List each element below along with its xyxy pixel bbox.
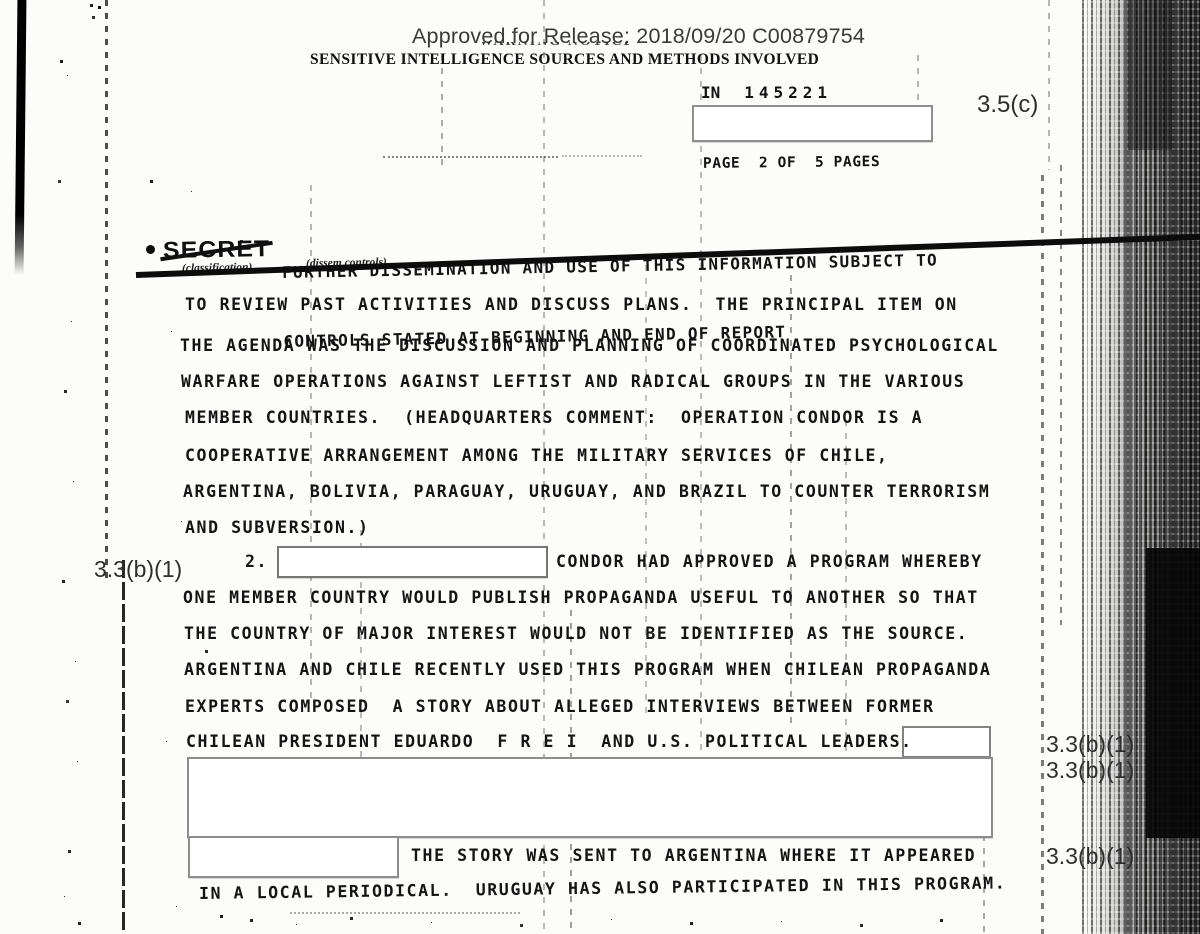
bullet-icon [146, 245, 155, 254]
body-line: ARGENTINA, BOLIVIA, PARAGUAY, URUGUAY, A… [183, 482, 990, 501]
body-line: ONE MEMBER COUNTRY WOULD PUBLISH PROPAGA… [183, 588, 979, 607]
scanned-document-page: Approved for Release: 2018/09/20 C008797… [0, 0, 1200, 934]
scan-vertical-line [122, 560, 125, 934]
scan-noise-specks [60, 60, 63, 63]
annotation-33b1-right-2: 3.3(b)(1) [1046, 757, 1134, 784]
annotation-33b1-right-3: 3.3(b)(1) [1046, 843, 1134, 870]
annotation-35c: 3.5(c) [977, 91, 1038, 119]
body-line: CONDOR HAD APPROVED A PROGRAM WHEREBY [556, 552, 983, 571]
in-number-line: IN145221 [701, 83, 832, 102]
redaction-box-header [692, 105, 933, 142]
in-number-label: IN [701, 83, 720, 102]
redaction-box-small [188, 836, 399, 878]
warning-notice-remnant: WARNING NOTICE [479, 42, 629, 51]
scan-edge-bar [15, 0, 27, 275]
dissemination-notice: FURTHER DISSEMINATION AND USE OF THIS IN… [281, 202, 940, 399]
scan-dotted-line [562, 155, 642, 157]
body-line: THE COUNTRY OF MAJOR INTEREST WOULD NOT … [184, 624, 968, 643]
sensitive-sources-line: SENSITIVE INTELLIGENCE SOURCES AND METHO… [310, 51, 819, 69]
body-line: MEMBER COUNTRIES. (HEADQUARTERS COMMENT:… [185, 408, 923, 427]
scan-noise-specks [220, 915, 223, 918]
body-line: ARGENTINA AND CHILE RECENTLY USED THIS P… [184, 660, 991, 679]
redaction-box-large [187, 757, 993, 838]
redaction-box-paragraph2 [277, 546, 548, 578]
dissemination-notice-line2: CONTROLS STATED AT BEGINNING AND END OF … [283, 317, 939, 353]
scan-ink-blob [1146, 548, 1200, 838]
scan-vertical-line [1060, 165, 1062, 625]
body-line: EXPERTS COMPOSED A STORY ABOUT ALLEGED I… [185, 697, 935, 716]
page-count: PAGE 2 OF 5 PAGES [703, 154, 880, 172]
body-line: AND SUBVERSION.) [185, 518, 370, 537]
body-line: CHILEAN PRESIDENT EDUARDO F R E I AND U.… [186, 732, 913, 751]
body-line: THE STORY WAS SENT TO ARGENTINA WHERE IT… [411, 846, 976, 865]
scan-vertical-line [1041, 175, 1044, 934]
redaction-box-inline [902, 726, 991, 758]
scan-dotted-line [290, 912, 520, 914]
secret-marking-struck: SECRET [163, 235, 271, 264]
annotation-33b1-right-1: 3.3(b)(1) [1046, 731, 1134, 758]
body-line: COOPERATIVE ARRANGEMENT AMONG THE MILITA… [185, 446, 889, 465]
scan-vertical-line [105, 0, 108, 580]
annotation-33b1-left: 3.3(b)(1) [94, 556, 182, 583]
scan-ink-blob [1128, 0, 1172, 150]
scan-noise-specks [90, 4, 93, 7]
paragraph-number: 2. [245, 552, 268, 571]
in-number-value: 145221 [744, 83, 832, 102]
scan-noise-specks [150, 180, 153, 183]
classification-marking-block: SECRET [146, 236, 266, 263]
scan-dotted-line [383, 156, 558, 158]
scan-vertical-line [441, 55, 443, 165]
scan-vertical-line [1048, 0, 1050, 170]
